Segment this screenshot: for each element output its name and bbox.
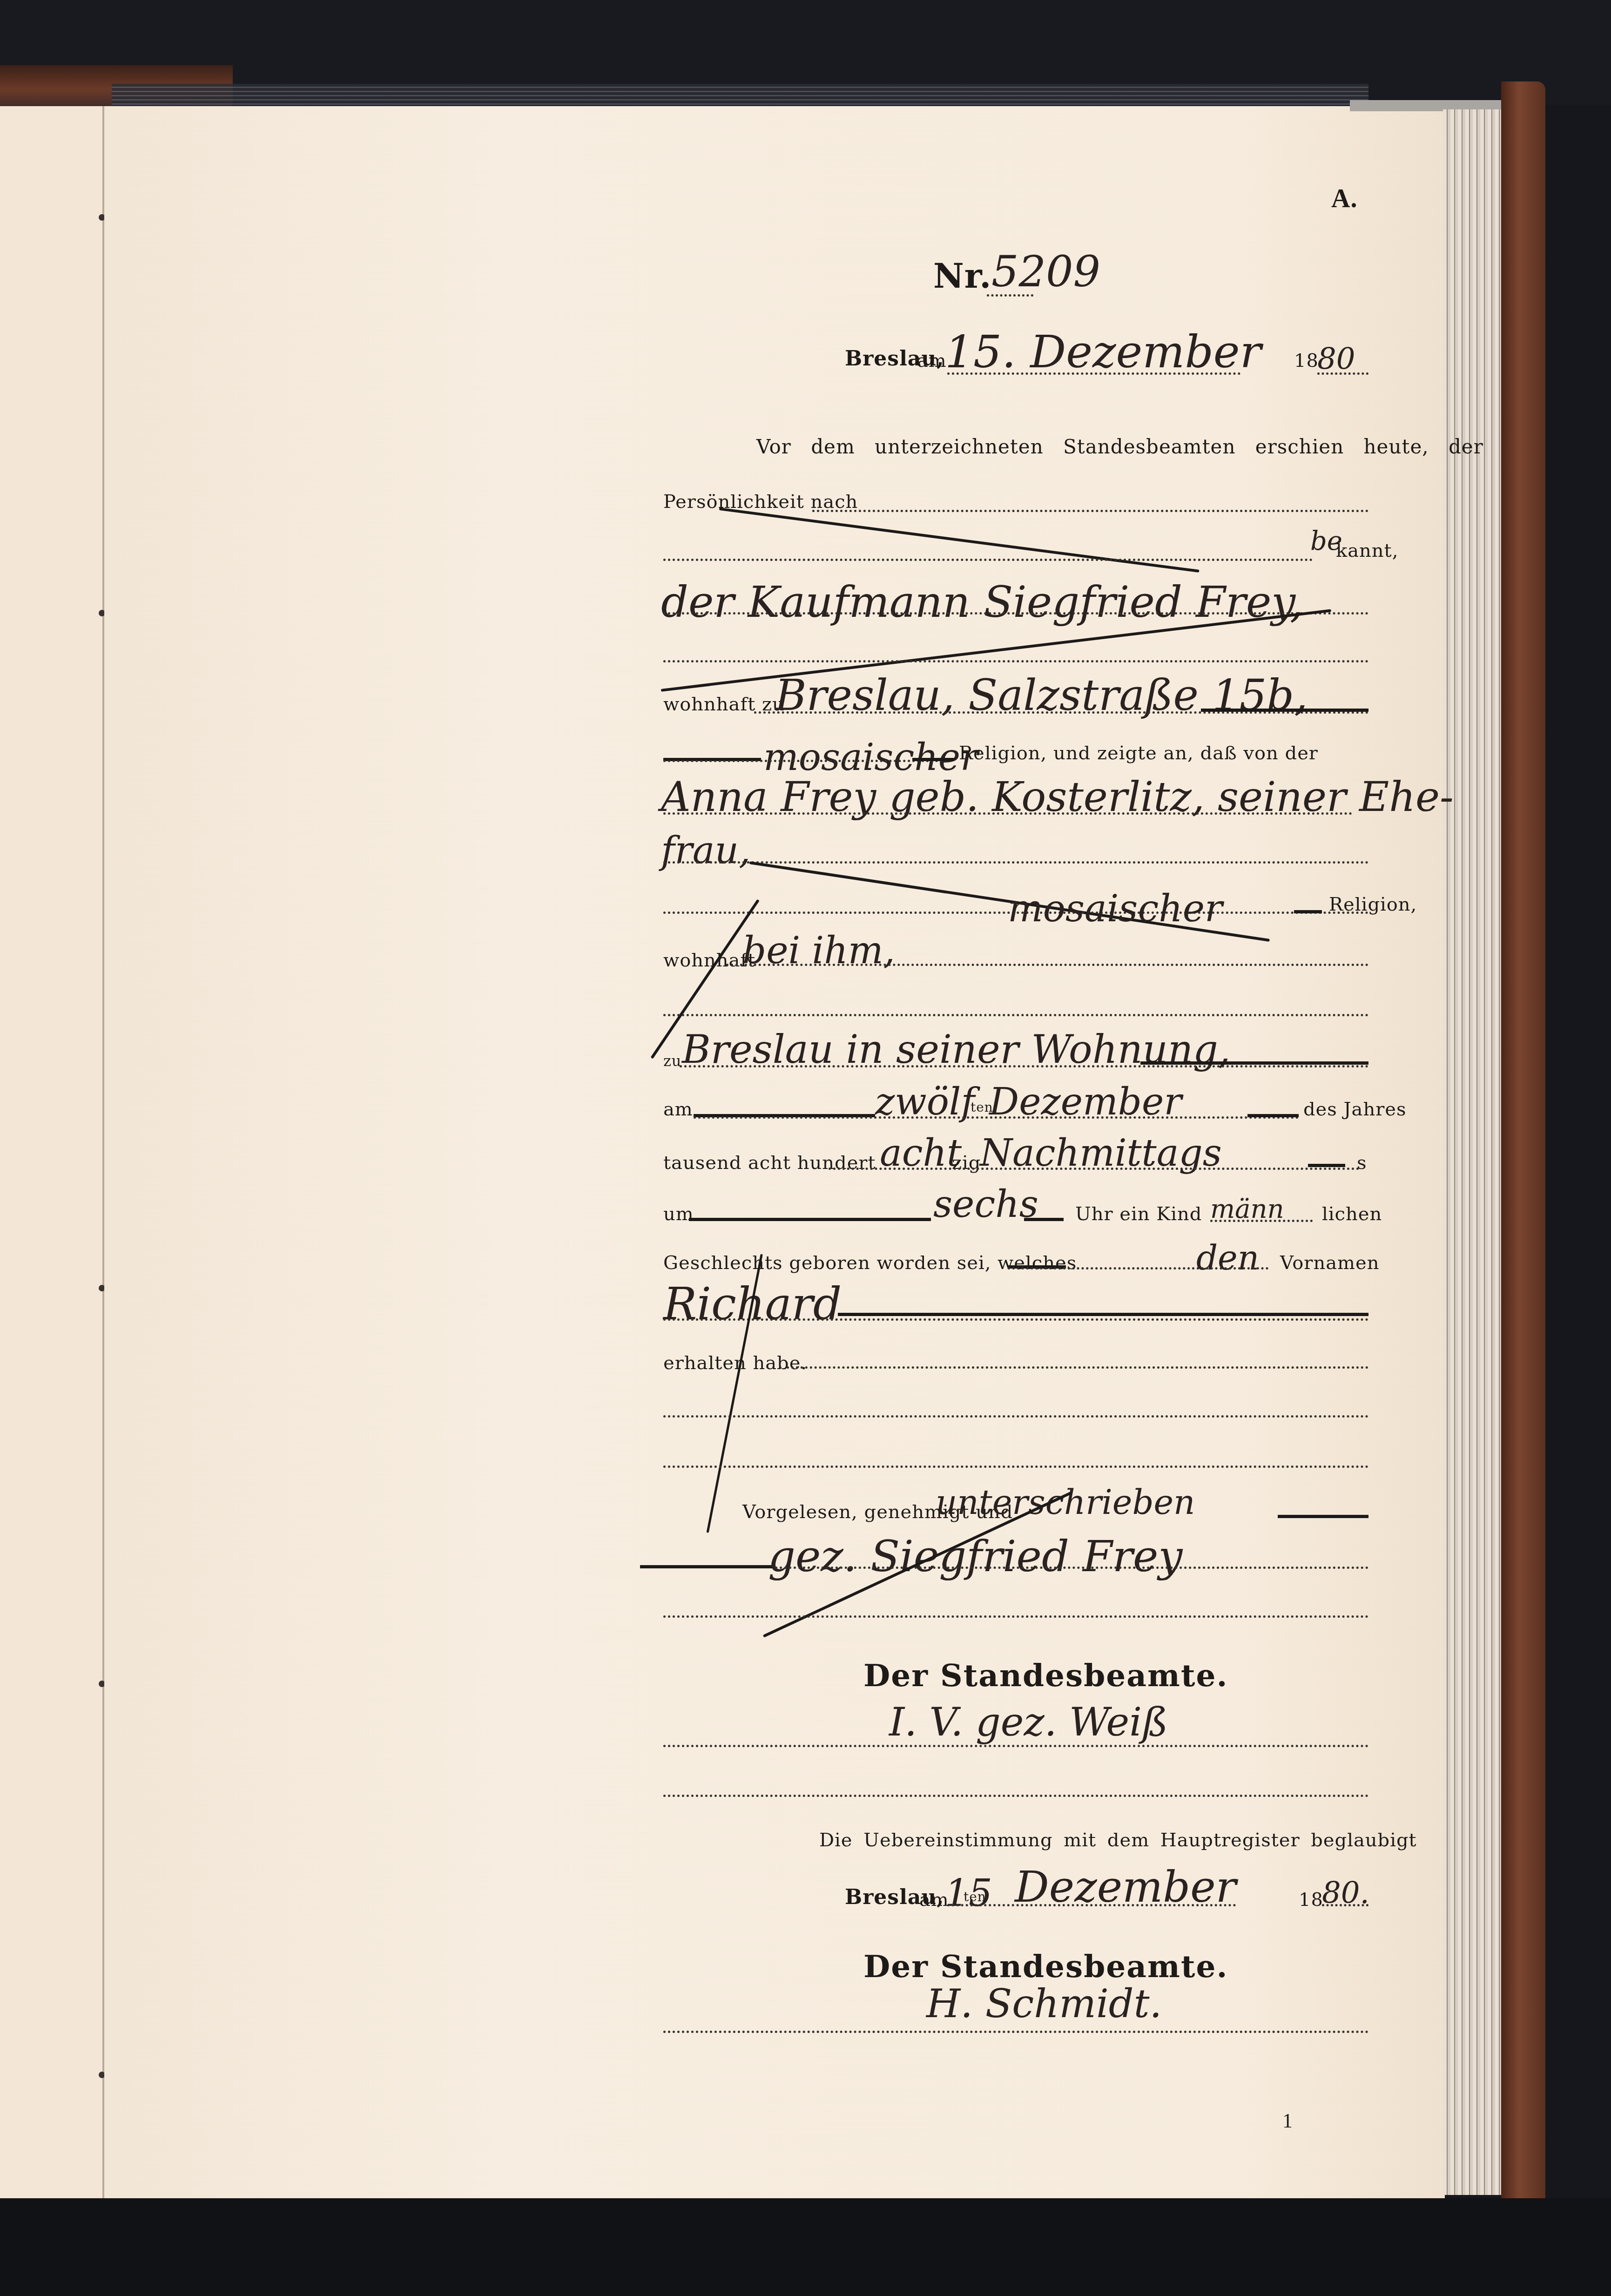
dotted-line <box>1322 1904 1368 1906</box>
dotted-line <box>663 1795 1368 1797</box>
dotted-line <box>694 1116 1299 1119</box>
dotted-line <box>663 2031 1368 2033</box>
dotted-line <box>947 1904 1236 1906</box>
s-label: s <box>1357 1152 1367 1174</box>
dotted-line <box>663 812 1352 815</box>
um-label: um <box>663 1203 694 1225</box>
am-label-birth: am <box>663 1099 693 1120</box>
des-jahres-label: des Jahres <box>1303 1099 1406 1120</box>
dotted-line <box>663 1745 1368 1747</box>
religion-label-2: Religion, <box>1329 894 1417 915</box>
page-number: 1 <box>1282 2109 1293 2133</box>
cert-year-printed: 18 <box>1299 1889 1323 1911</box>
birth-hour: sechs <box>933 1182 1038 1226</box>
erhalten-label: erhalten habe. <box>663 1352 807 1374</box>
dotted-line <box>663 760 947 762</box>
book-cover-leather-right <box>1501 81 1545 2204</box>
dotted-line <box>987 294 1033 297</box>
year-printed: 18 <box>1294 350 1319 371</box>
register-number: 5209 <box>991 247 1100 297</box>
fill-line <box>1247 1114 1299 1117</box>
cert-ten-label: ten <box>964 1889 986 1904</box>
official-title-1: Der Standesbeamte. <box>863 1657 1228 1694</box>
geschlechts-label: Geschlechts geboren worden sei, welches <box>663 1252 1077 1274</box>
dotted-line <box>663 1615 1368 1618</box>
scan-background-bottom <box>0 2198 1611 2296</box>
fill-line <box>838 1313 1368 1316</box>
nr-label: Nr. <box>933 256 991 296</box>
fill-line <box>640 1565 775 1568</box>
vornamen-label: Vornamen <box>1280 1252 1379 1274</box>
fill-line <box>1308 1164 1345 1167</box>
year-handwritten: 80 <box>1317 342 1355 377</box>
dotted-line <box>947 372 1240 375</box>
dotted-line <box>663 1465 1368 1468</box>
dotted-line <box>787 1366 1368 1369</box>
page-edges-stack <box>1443 109 1506 2195</box>
dotted-line <box>663 559 1313 561</box>
form-intro-line: Vor dem unterzeichneten Standesbeamten e… <box>756 435 1483 458</box>
fill-line <box>912 758 954 761</box>
certification-statement: Die Uebereinstimmung mit dem Hauptregist… <box>819 1830 1417 1851</box>
religion-label-1: Religion, und zeigte an, daß von der <box>959 743 1318 764</box>
dotted-line <box>663 1014 1368 1016</box>
dotted-line <box>812 510 1368 512</box>
dotted-line <box>726 964 1368 966</box>
official-signature-1: I. V. gez. Weiß <box>889 1699 1168 1745</box>
dotted-line <box>1317 372 1368 375</box>
official-title-2: Der Standesbeamte. <box>863 1948 1228 1985</box>
fill-line <box>1201 709 1368 712</box>
official-signature-2: H. Schmidt. <box>926 1981 1162 2026</box>
dotted-line <box>663 660 1368 662</box>
dotted-line <box>829 1168 1359 1170</box>
fill-line <box>689 1218 931 1221</box>
zig-label: zig <box>952 1152 981 1174</box>
book-spine-stitching <box>112 84 1368 107</box>
den-handwritten: den <box>1196 1238 1259 1277</box>
fill-line <box>1278 1515 1368 1518</box>
dotted-line <box>663 861 1368 864</box>
dotted-line <box>680 1065 1368 1067</box>
registration-date: 15. Dezember <box>945 326 1261 378</box>
zu-label: zu <box>663 1052 681 1070</box>
informant-name: der Kaufmann Siegfried Frey, <box>661 577 1303 627</box>
dotted-line <box>663 612 1368 615</box>
am-label: am <box>917 350 947 371</box>
dotted-line <box>1008 1267 1268 1270</box>
wohnhaft-label: wohnhaft <box>663 950 755 971</box>
left-page-edge <box>0 106 103 2199</box>
mother-religion: mosaischer <box>1008 887 1222 930</box>
mother-name-continued: frau, <box>661 829 751 872</box>
fill-line <box>1024 1218 1064 1221</box>
fill-line <box>1294 910 1322 913</box>
dotted-line <box>663 1415 1368 1418</box>
section-letter: A. <box>1331 184 1357 214</box>
kannt-label: kannt, <box>1336 540 1398 561</box>
unterschrieben-handwritten: unterschrieben <box>936 1483 1195 1522</box>
dotted-line <box>775 1567 1368 1569</box>
tausend-label: tausend acht hundert <box>663 1152 876 1174</box>
dotted-line <box>1210 1220 1313 1222</box>
lichen-label: lichen <box>1322 1203 1382 1225</box>
uhr-label: Uhr ein Kind <box>1075 1203 1202 1225</box>
fill-line <box>1140 1061 1368 1065</box>
dotted-line <box>663 1318 1368 1321</box>
